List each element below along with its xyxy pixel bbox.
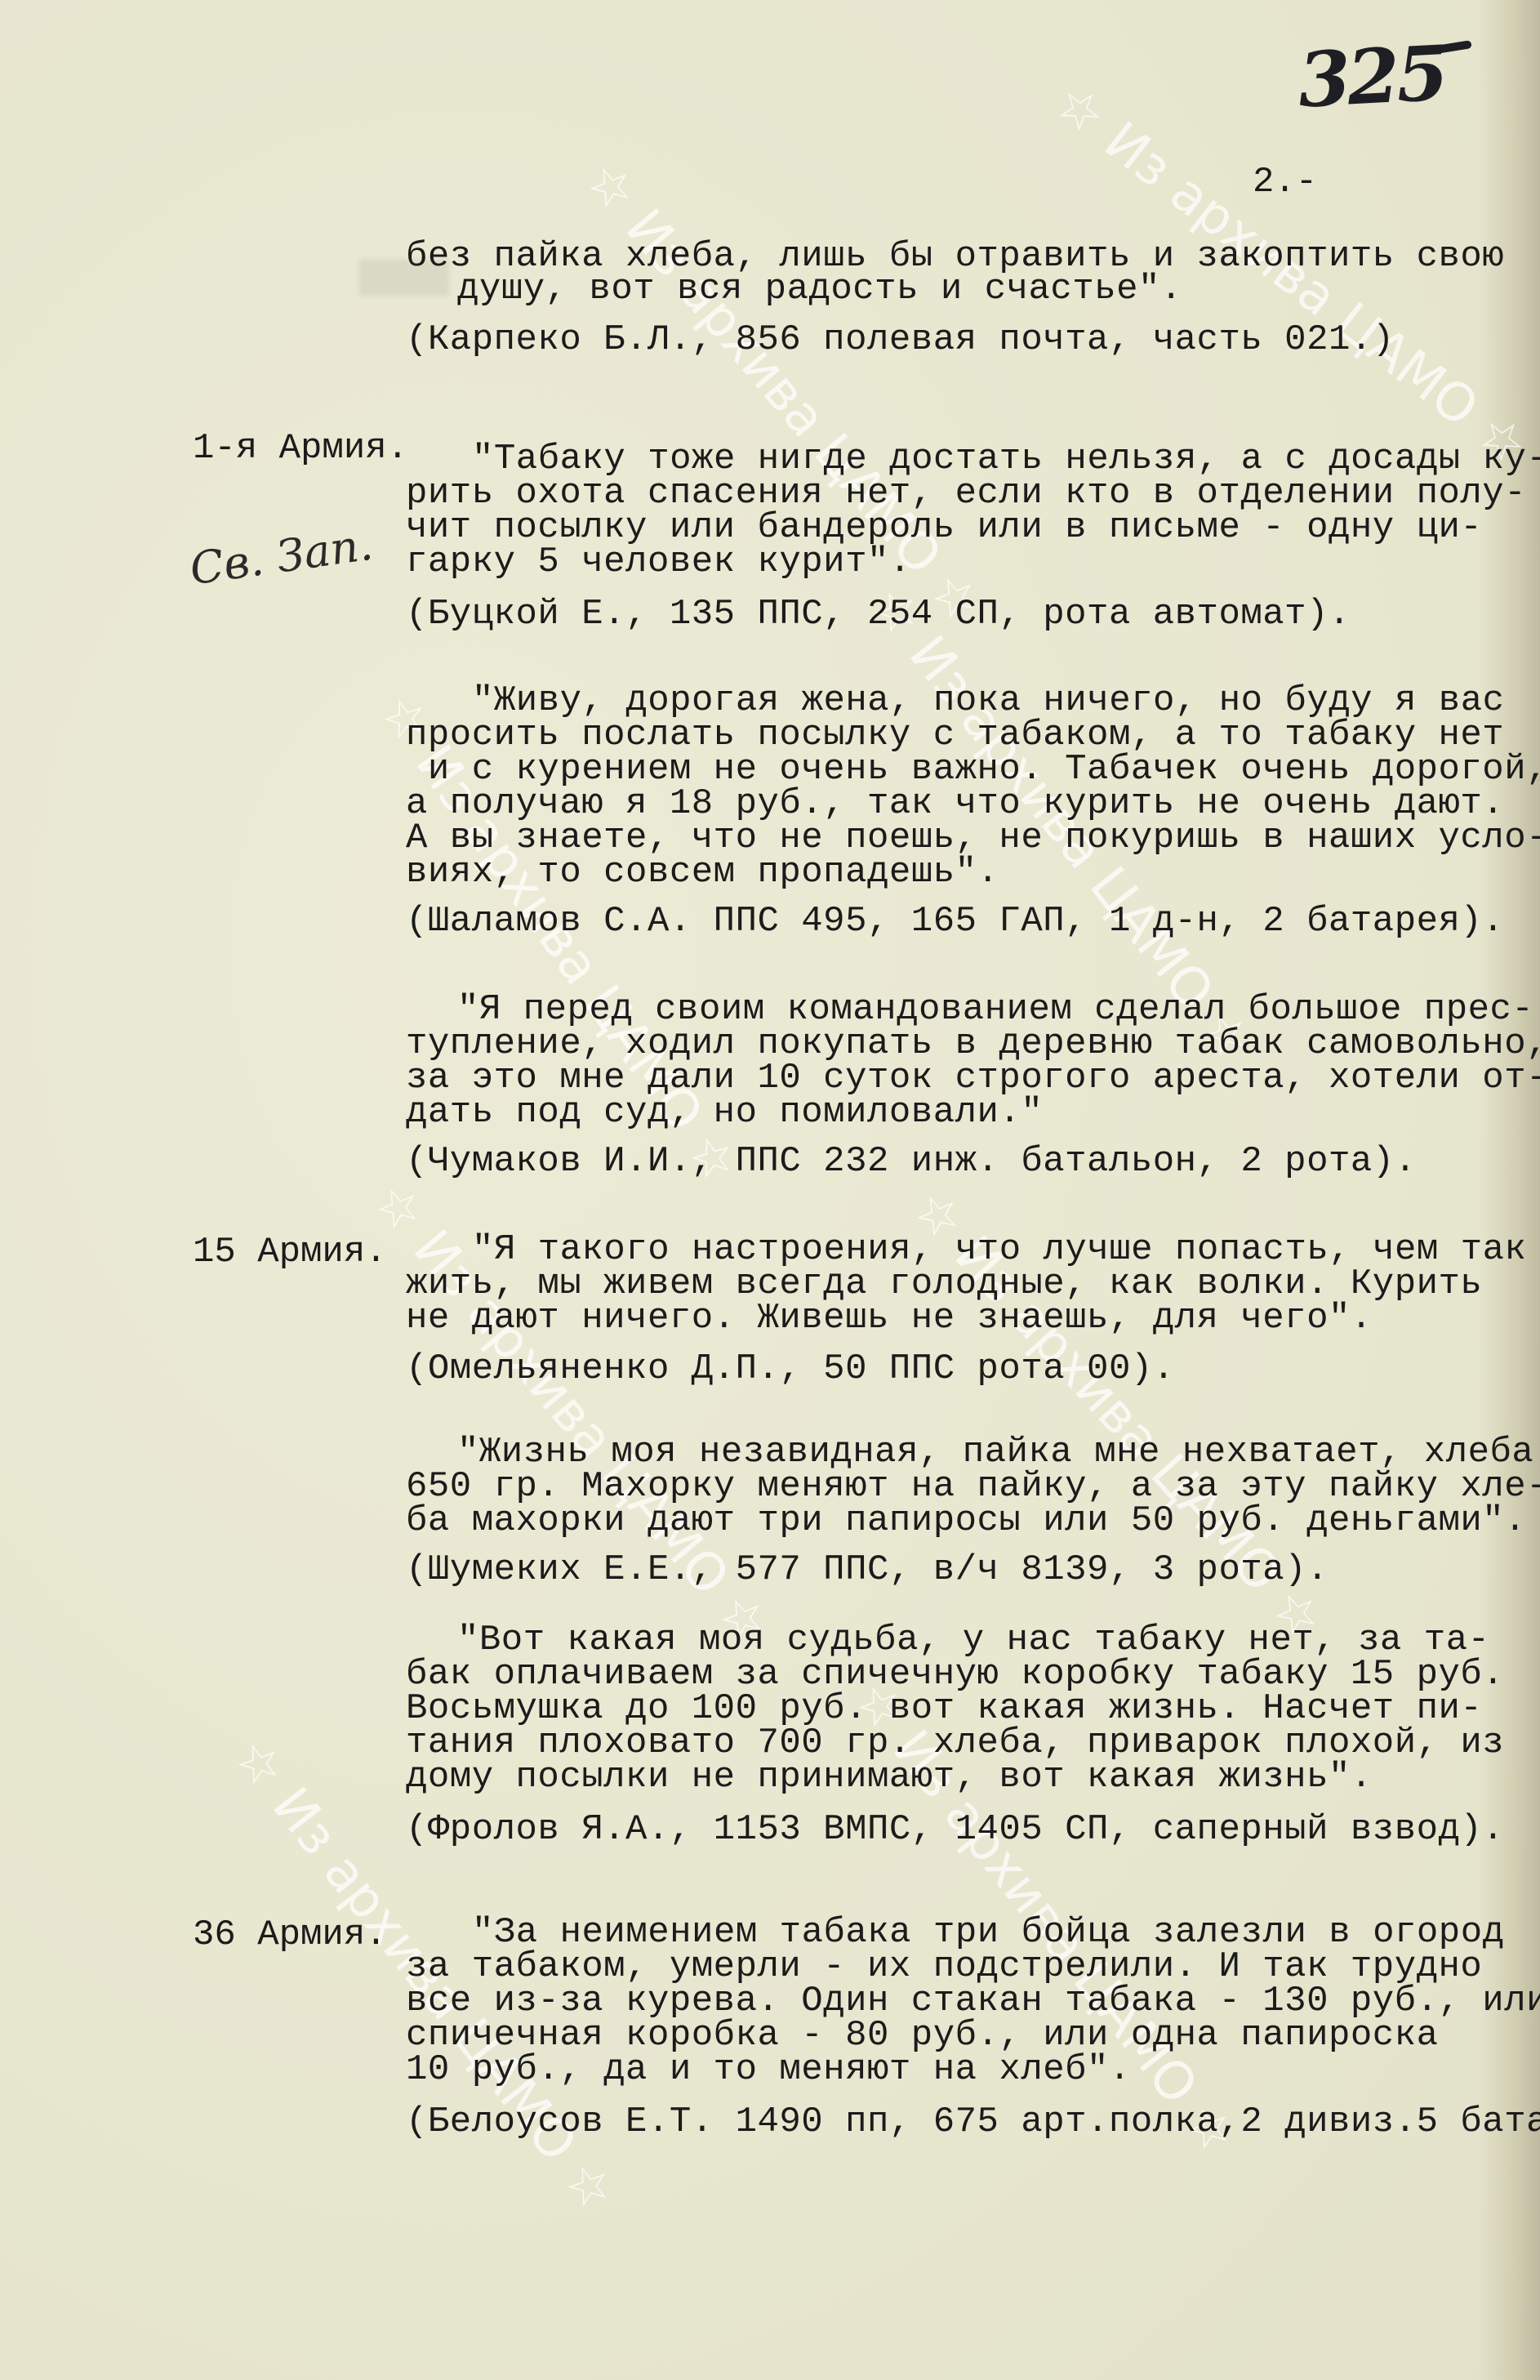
text-line: все из-за курева. Один стакан табака - 1… xyxy=(406,1983,1540,2019)
source-citation: (Буцкой Е., 135 ППС, 254 СП, рота автома… xyxy=(406,596,1351,632)
source-citation: (Омельяненко Д.П., 50 ППС рота 00). xyxy=(406,1351,1175,1387)
handwritten-page-number: 325 xyxy=(1296,29,1447,124)
text-line: А вы знаете, что не поешь, не покуришь в… xyxy=(406,820,1540,856)
text-line: "Жизнь моя незавидная, пайка мне нехвата… xyxy=(457,1434,1533,1470)
text-line: "Вот какая моя судьба, у нас табаку нет,… xyxy=(457,1622,1490,1658)
text-line: спичечная коробка - 80 руб., или одна па… xyxy=(406,2017,1439,2053)
text-line: душу, вот вся радость и счастье". xyxy=(457,271,1182,307)
text-line: дать под суд, но помиловали." xyxy=(406,1094,1043,1130)
text-line: и с курением не очень важно. Табачек оче… xyxy=(406,751,1540,787)
text-line: "За неимением табака три бойца залезли в… xyxy=(472,1914,1505,1950)
army-label: 1-я Армия. xyxy=(193,428,408,469)
source-citation: (Фролов Я.А., 1153 ВМПС, 1405 СП, саперн… xyxy=(406,1812,1504,1847)
text-line: за это мне дали 10 суток строгого ареста… xyxy=(406,1060,1540,1096)
text-line: дому посылки не принимают, вот какая жиз… xyxy=(406,1759,1373,1795)
source-citation: (Белоусов Е.Т. 1490 пп, 675 арт.полка,2 … xyxy=(406,2104,1540,2140)
text-line: просить послать посылку с табаком, а то … xyxy=(406,717,1504,753)
text-line: а получаю я 18 руб., так что курить не о… xyxy=(406,786,1504,822)
text-line: "Табаку тоже нигде достать нельзя, а с д… xyxy=(472,441,1540,477)
source-citation: (Карпеко Б.Л., 856 полевая почта, часть … xyxy=(406,322,1395,358)
text-line: 10 руб., да и то меняют на хлеб". xyxy=(406,2052,1131,2088)
army-label: 36 Армия. xyxy=(193,1914,387,1955)
text-line: бак оплачиваем за спичечную коробку таба… xyxy=(406,1656,1504,1692)
text-line: тания плоховато 700 гр. хлеба, приварок … xyxy=(406,1725,1504,1761)
text-line: виях, то совсем пропадешь". xyxy=(406,854,999,890)
sheet-marker: 2.- xyxy=(1253,162,1317,203)
text-line: "Я перед своим командованием сделал боль… xyxy=(457,992,1533,1027)
source-citation: (Шумеких Е.Е., 577 ППС, в/ч 8139, 3 рота… xyxy=(406,1552,1329,1588)
army-label: 15 Армия. xyxy=(193,1232,387,1272)
text-line: 650 гр. Махорку меняют на пайку, а за эт… xyxy=(406,1469,1540,1504)
text-line: жить, мы живем всегда голодные, как волк… xyxy=(406,1266,1482,1302)
source-citation: (Чумаков И.И., ППС 232 инж. батальон, 2 … xyxy=(406,1143,1417,1179)
text-line: ба махорки дают три папиросы или 50 руб.… xyxy=(406,1503,1526,1539)
text-line: за табаком, умерли - их подстрелили. И т… xyxy=(406,1949,1482,1985)
text-line: не дают ничего. Живешь не знаешь, для че… xyxy=(406,1300,1373,1336)
text-line: рить охота спасения нет, если кто в отде… xyxy=(406,475,1526,511)
text-line: чит посылку или бандероль или в письме -… xyxy=(406,510,1482,546)
text-line: тупление, ходил покупать в деревню табак… xyxy=(406,1026,1540,1062)
text-line: "Живу, дорогая жена, пока ничего, но буд… xyxy=(472,683,1505,719)
source-citation: (Шаламов С.А. ППС 495, 165 ГАП, 1 д-н, 2… xyxy=(406,903,1504,939)
text-line: Восьмушка до 100 руб. вот какая жизнь. Н… xyxy=(406,1691,1482,1727)
text-line: "Я такого настроения, что лучше попасть,… xyxy=(472,1232,1526,1268)
text-line: гарку 5 человек курит". xyxy=(406,544,911,580)
